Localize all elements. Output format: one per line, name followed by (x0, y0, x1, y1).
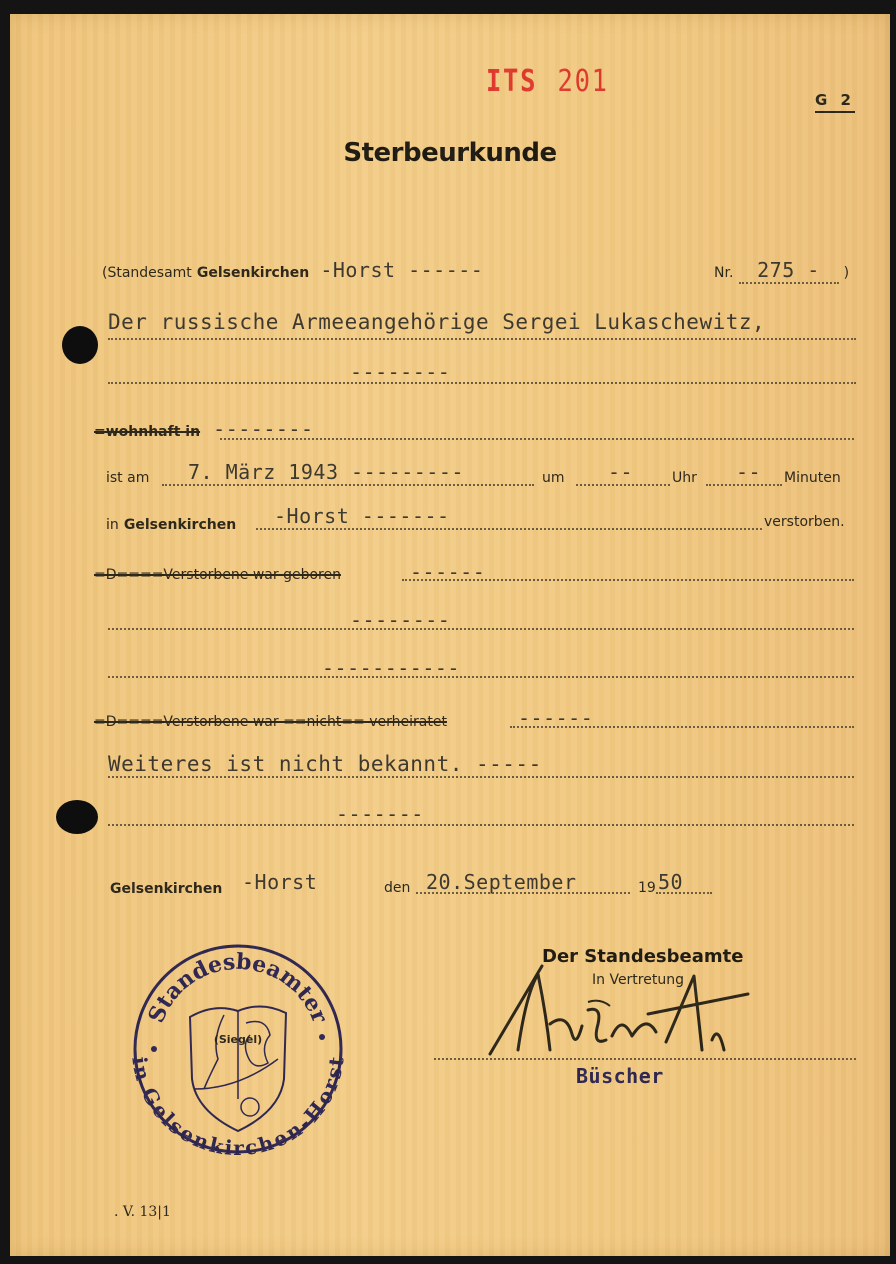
dotted-line (108, 676, 854, 678)
dotted-line (576, 484, 670, 486)
form-code: G 2 (815, 91, 855, 113)
registry-line: (Standesamt Gelsenkirchen -Horst ------ (102, 258, 483, 282)
handwritten-signature-icon (480, 954, 840, 1064)
its-stamp-number: 201 (558, 64, 609, 99)
registry-number: Nr. 275 - ) (714, 258, 849, 284)
issue-city: Gelsenkirchen (110, 881, 222, 897)
death-city: Gelsenkirchen (124, 517, 236, 533)
hour-value: -- (608, 460, 633, 484)
issue-district: -Horst (242, 870, 317, 894)
seal-icon: Standesbeamter in Gelsenkirchen-Horst (S… (128, 939, 348, 1159)
dotted-line (656, 892, 712, 894)
document-page: ITS201 G 2 Sterbeurkunde (Standesamt Gel… (10, 14, 890, 1256)
dotted-line (416, 892, 630, 894)
standesamt-label: (Standesamt (102, 265, 192, 281)
dotted-line (510, 726, 854, 728)
minuten-label: Minuten (784, 470, 841, 486)
document-title: Sterbeurkunde (10, 138, 890, 168)
death-date-value: 7. März 1943 --------- (188, 460, 464, 484)
dotted-line (434, 1058, 856, 1060)
death-place-line: in Gelsenkirchen (106, 514, 236, 533)
um-label: um (542, 470, 565, 486)
official-seal: Standesbeamter in Gelsenkirchen-Horst (S… (128, 939, 348, 1159)
dotted-line (108, 824, 854, 826)
verstorben-label: verstorben. (764, 514, 845, 530)
year-prefix: 19 (638, 880, 656, 896)
signatory-name: Büscher (576, 1064, 664, 1088)
residence-label: =wohnhaft in (94, 424, 200, 440)
ist-am-label: ist am (106, 470, 149, 486)
its-stamp: ITS201 (486, 64, 609, 99)
marital-label: =D====Verstorbene war ==nicht== verheira… (94, 714, 447, 730)
in-label: in (106, 517, 119, 533)
registry-city: Gelsenkirchen (197, 265, 309, 281)
dotted-line (706, 484, 782, 486)
svg-text:(Siegel): (Siegel) (214, 1033, 262, 1046)
form-version-code: . V. 13|1 (114, 1204, 171, 1220)
dotted-line (220, 438, 854, 440)
uhr-label: Uhr (672, 470, 697, 486)
nr-value: 275 - (739, 258, 839, 284)
nr-label: Nr. (714, 265, 733, 281)
deceased-name: Der russische Armeeangehörige Sergei Luk… (108, 310, 765, 334)
dotted-line (108, 382, 856, 384)
dotted-line (402, 579, 854, 581)
its-stamp-prefix: ITS (486, 64, 537, 99)
deceased-line2: -------- (350, 360, 450, 384)
registry-district: -Horst ------ (320, 258, 483, 282)
dotted-line (108, 628, 854, 630)
remarks-line-1: Weiteres ist nicht bekannt. ----- (108, 752, 542, 776)
dotted-line (108, 338, 856, 340)
minutes-value: -- (736, 460, 761, 484)
remarks-line-2: ------- (336, 802, 424, 826)
punch-hole (56, 800, 98, 834)
dotted-line (108, 776, 854, 778)
issue-date: 20.September (426, 870, 577, 894)
dotted-line (256, 528, 762, 530)
death-place-value: -Horst ------- (274, 504, 450, 528)
birth-label: =D====Verstorbene war geboren (94, 567, 341, 583)
den-label: den (384, 880, 410, 896)
close-paren: ) (844, 265, 849, 281)
dotted-line (162, 484, 534, 486)
year-value: 50 (658, 870, 683, 894)
punch-hole (62, 326, 98, 364)
